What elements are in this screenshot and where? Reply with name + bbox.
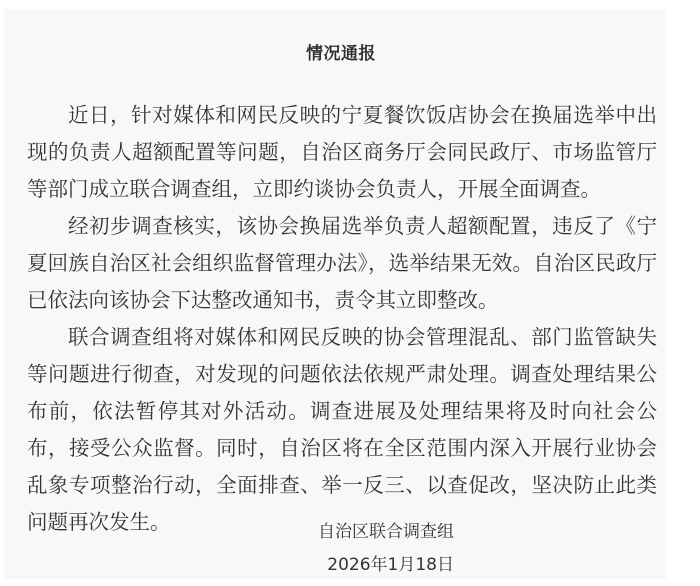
signature-org: 自治区联合调查组 xyxy=(318,517,454,542)
paragraph-2: 经初步调查核实，该协会换届选举负责人超额配置，违反了《宁夏回族自治区社会组织监督… xyxy=(27,208,657,319)
notice-panel: 情况通报 近日，针对媒体和网民反映的宁夏餐饮饭店协会在换届选举中出现的负责人超额… xyxy=(4,9,666,579)
paragraph-1: 近日，针对媒体和网民反映的宁夏餐饮饭店协会在换届选举中出现的负责人超额配置等问题… xyxy=(27,97,657,208)
notice-title: 情况通报 xyxy=(4,39,678,64)
signature-date: 2026年1月18日 xyxy=(327,550,454,575)
paragraph-3: 联合调查组将对媒体和网民反映的协会管理混乱、部门监管缺失等问题进行彻查，对发现的… xyxy=(27,319,657,541)
notice-body: 近日，针对媒体和网民反映的宁夏餐饮饭店协会在换届选举中出现的负责人超额配置等问题… xyxy=(27,97,657,541)
